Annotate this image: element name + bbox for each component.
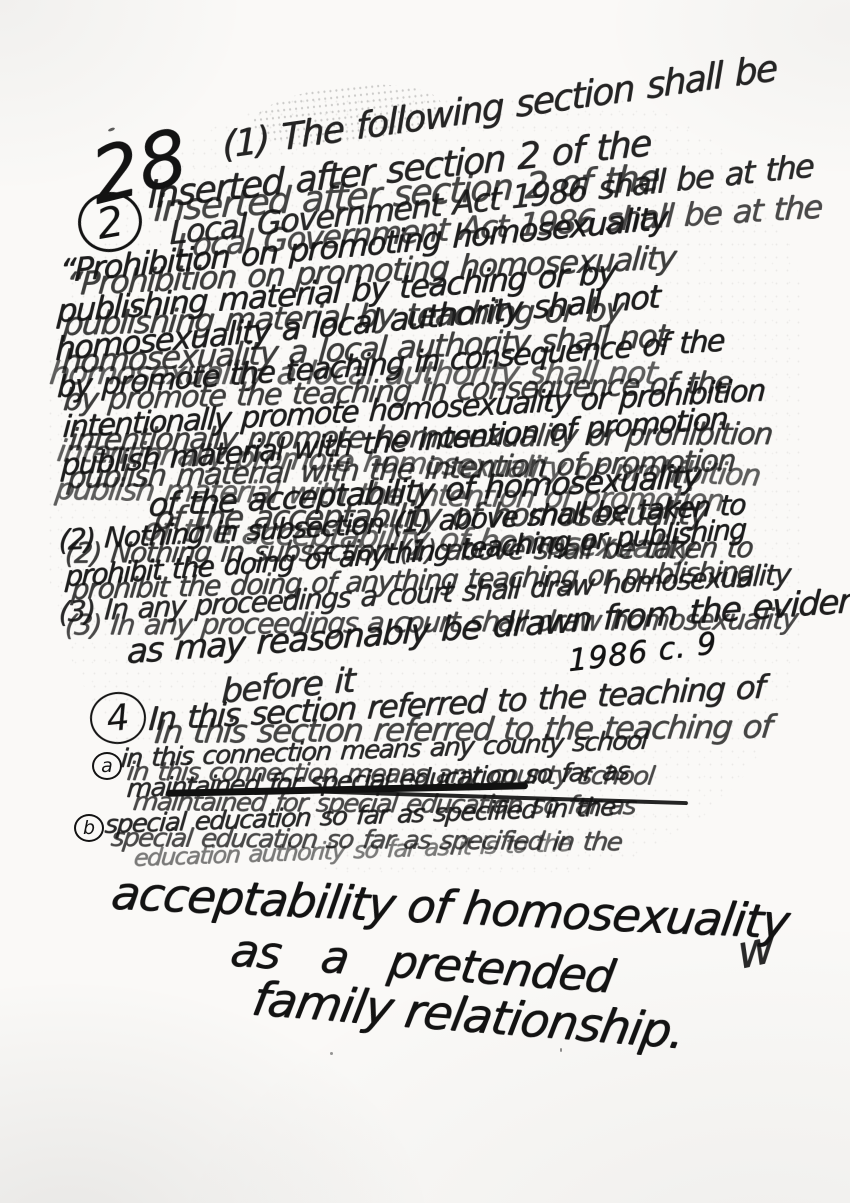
circled-marker-b: b: [74, 814, 104, 842]
circled-marker-a-label: a: [101, 755, 113, 777]
handwritten-print: 28 2 4 a b (1) The following section sha…: [0, 0, 850, 1203]
ink-speck: [330, 1052, 333, 1055]
circled-number-2-label: 2: [93, 196, 128, 249]
closing-line-acceptability: acceptability of homosexuality: [108, 866, 792, 949]
circled-number-4: 4: [87, 689, 148, 747]
circled-marker-a: a: [92, 752, 122, 780]
circled-marker-b-label: b: [83, 817, 95, 839]
circled-number-4-label: 4: [104, 696, 131, 739]
ink-speck: [560, 1048, 562, 1052]
